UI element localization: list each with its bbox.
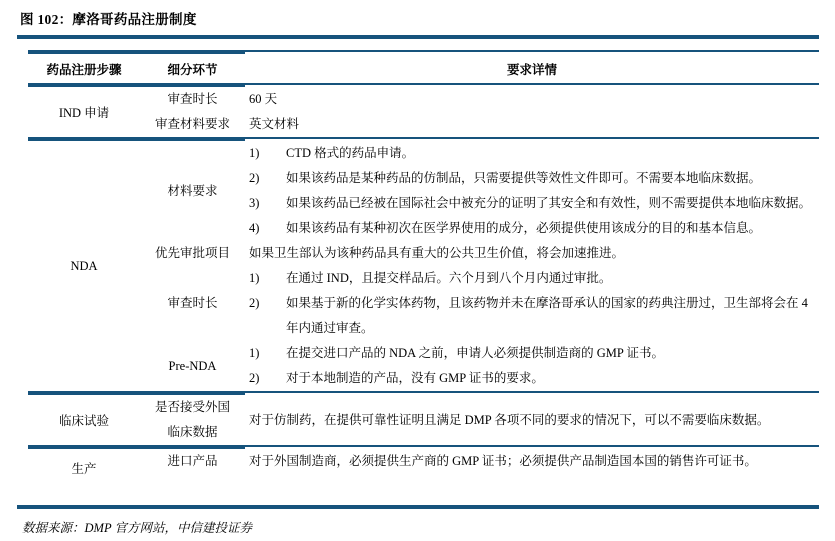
step-cell: 生产: [28, 449, 140, 487]
subrow: 材料要求1)CTD 格式的药品申请。2)如果该药品是某种药品的仿制品，只需要提供…: [140, 141, 819, 241]
detail-text: 如果卫生部认为该种药品具有重大的公共卫生价值，将会加速推进。: [249, 241, 819, 266]
subrow-label: 审查时长: [140, 87, 245, 112]
detail-line: 2)对于本地制造的产品，没有 GMP 证书的要求。: [249, 366, 819, 391]
detail-line: 1)在提交进口产品的 NDA 之前，申请人必须提供制造商的 GMP 证书。: [249, 341, 819, 366]
detail-line: 4)如果该药品有某种初次在医学界使用的成分，必须提供使用该成分的目的和基本信息。: [249, 216, 819, 241]
divider-thin-segment: [245, 50, 819, 52]
figure-bottom-rule: [17, 505, 819, 509]
divider-thin-segment: [245, 83, 819, 85]
detail-line: 1)在通过 IND，且提交样品后。六个月到八个月内通过审批。: [249, 266, 819, 291]
detail-text: 如果基于新的化学实体药物，且该药物并未在摩洛哥承认的国家的药典注册过，卫生部将会…: [286, 291, 819, 341]
detail-text: 在提交进口产品的 NDA 之前，申请人必须提供制造商的 GMP 证书。: [286, 341, 819, 366]
column-header: 要求详情: [245, 60, 819, 78]
detail-text: 如果该药品有某种初次在医学界使用的成分，必须提供使用该成分的目的和基本信息。: [286, 216, 819, 241]
subrow: 审查材料要求英文材料: [140, 112, 819, 137]
detail-cell: 60 天: [245, 87, 819, 112]
subrow: 优先审批项目如果卫生部认为该种药品具有重大的公共卫生价值，将会加速推进。: [140, 241, 819, 266]
step-cell: 临床试验: [28, 395, 140, 445]
detail-cell: 1)在通过 IND，且提交样品后。六个月到八个月内通过审批。2)如果基于新的化学…: [245, 266, 819, 341]
detail-text: 对于仿制药，在提供可靠性证明且满足 DMP 各项不同的要求的情况下，可以不需要临…: [249, 408, 819, 433]
figure-bottom: 数据来源：DMP 官方网站，中信建投证券: [17, 505, 819, 536]
detail-text: 60 天: [249, 87, 819, 112]
detail-line: 60 天: [249, 87, 819, 112]
detail-number: 1): [249, 341, 286, 366]
detail-number: 1): [249, 266, 286, 291]
subrow-list: 审查时长60 天审查材料要求英文材料: [140, 87, 819, 137]
subrow-label: 进口产品: [140, 449, 245, 474]
subrow-label: Pre-NDA: [140, 341, 245, 391]
detail-number: 1): [249, 141, 286, 166]
table-section: NDA材料要求1)CTD 格式的药品申请。2)如果该药品是某种药品的仿制品，只需…: [28, 141, 819, 391]
detail-line: 英文材料: [249, 112, 819, 137]
divider-thin-segment: [245, 445, 819, 447]
subrow-list: 材料要求1)CTD 格式的药品申请。2)如果该药品是某种药品的仿制品，只需要提供…: [140, 141, 819, 391]
divider-thick-segment: [28, 50, 245, 54]
detail-text: 如果该药品已经被在国际社会中被充分的证明了其安全和有效性，则不需要提供本地临床数…: [286, 191, 819, 216]
detail-text: 英文材料: [249, 112, 819, 137]
detail-text: CTD 格式的药品申请。: [286, 141, 819, 166]
detail-line: 对于仿制药，在提供可靠性证明且满足 DMP 各项不同的要求的情况下，可以不需要临…: [249, 408, 819, 433]
figure-page: 图 102：摩洛哥药品注册制度 药品注册步骤细分环节要求详情IND 申请审查时长…: [0, 0, 835, 536]
detail-text: 在通过 IND，且提交样品后。六个月到八个月内通过审批。: [286, 266, 819, 291]
subrow-label: 审查时长: [140, 266, 245, 341]
page-title: 图 102：摩洛哥药品注册制度: [17, 8, 819, 28]
detail-line: 2)如果该药品是某种药品的仿制品，只需要提供等效性文件即可。不需要本地临床数据。: [249, 166, 819, 191]
detail-number: 3): [249, 191, 286, 216]
detail-line: 3)如果该药品已经被在国际社会中被充分的证明了其安全和有效性，则不需要提供本地临…: [249, 191, 819, 216]
subrow: 审查时长1)在通过 IND，且提交样品后。六个月到八个月内通过审批。2)如果基于…: [140, 266, 819, 341]
table-header-row: 药品注册步骤细分环节要求详情: [28, 54, 819, 83]
detail-line: 1)CTD 格式的药品申请。: [249, 141, 819, 166]
step-cell: IND 申请: [28, 87, 140, 137]
data-source-note: 数据来源：DMP 官方网站，中信建投证券: [17, 518, 819, 536]
subrow-label: 审查材料要求: [140, 112, 245, 137]
registration-table: 药品注册步骤细分环节要求详情IND 申请审查时长60 天审查材料要求英文材料ND…: [28, 50, 819, 487]
subrow-list: 进口产品对于外国制造商，必须提供生产商的 GMP 证书；必须提供产品制造国本国的…: [140, 449, 819, 487]
detail-line: 对于外国制造商，必须提供生产商的 GMP 证书；必须提供产品制造国本国的销售许可…: [249, 449, 819, 474]
detail-cell: 1)CTD 格式的药品申请。2)如果该药品是某种药品的仿制品，只需要提供等效性文…: [245, 141, 819, 241]
detail-number: 2): [249, 166, 286, 191]
detail-number: 2): [249, 366, 286, 391]
divider-thin-segment: [245, 137, 819, 139]
detail-line: 如果卫生部认为该种药品具有重大的公共卫生价值，将会加速推进。: [249, 241, 819, 266]
detail-text: 对于外国制造商，必须提供生产商的 GMP 证书；必须提供产品制造国本国的销售许可…: [249, 449, 819, 474]
table-section: IND 申请审查时长60 天审查材料要求英文材料: [28, 87, 819, 137]
subrow-list: 是否接受外国 临床数据对于仿制药，在提供可靠性证明且满足 DMP 各项不同的要求…: [140, 395, 819, 445]
step-cell: NDA: [28, 141, 140, 391]
detail-cell: 对于外国制造商，必须提供生产商的 GMP 证书；必须提供产品制造国本国的销售许可…: [245, 449, 819, 474]
detail-cell: 如果卫生部认为该种药品具有重大的公共卫生价值，将会加速推进。: [245, 241, 819, 266]
column-header: 药品注册步骤: [28, 60, 140, 78]
detail-text: 如果该药品是某种药品的仿制品，只需要提供等效性文件即可。不需要本地临床数据。: [286, 166, 819, 191]
subrow-label: 优先审批项目: [140, 241, 245, 266]
title-underline: [17, 35, 819, 39]
subrow: Pre-NDA1)在提交进口产品的 NDA 之前，申请人必须提供制造商的 GMP…: [140, 341, 819, 391]
table-section: 临床试验是否接受外国 临床数据对于仿制药，在提供可靠性证明且满足 DMP 各项不…: [28, 395, 819, 445]
detail-cell: 1)在提交进口产品的 NDA 之前，申请人必须提供制造商的 GMP 证书。2)对…: [245, 341, 819, 391]
subrow: 是否接受外国 临床数据对于仿制药，在提供可靠性证明且满足 DMP 各项不同的要求…: [140, 395, 819, 445]
detail-line: 2)如果基于新的化学实体药物，且该药物并未在摩洛哥承认的国家的药典注册过，卫生部…: [249, 291, 819, 341]
subrow: 进口产品对于外国制造商，必须提供生产商的 GMP 证书；必须提供产品制造国本国的…: [140, 449, 819, 474]
subrow-label: 是否接受外国 临床数据: [140, 395, 245, 445]
subrow-label: 材料要求: [140, 141, 245, 241]
column-header: 细分环节: [140, 60, 245, 78]
detail-number: 2): [249, 291, 286, 341]
detail-cell: 对于仿制药，在提供可靠性证明且满足 DMP 各项不同的要求的情况下，可以不需要临…: [245, 395, 819, 445]
table-section: 生产进口产品对于外国制造商，必须提供生产商的 GMP 证书；必须提供产品制造国本…: [28, 449, 819, 487]
divider-thin-segment: [245, 391, 819, 393]
detail-text: 对于本地制造的产品，没有 GMP 证书的要求。: [286, 366, 819, 391]
subrow: 审查时长60 天: [140, 87, 819, 112]
detail-number: 4): [249, 216, 286, 241]
detail-cell: 英文材料: [245, 112, 819, 137]
